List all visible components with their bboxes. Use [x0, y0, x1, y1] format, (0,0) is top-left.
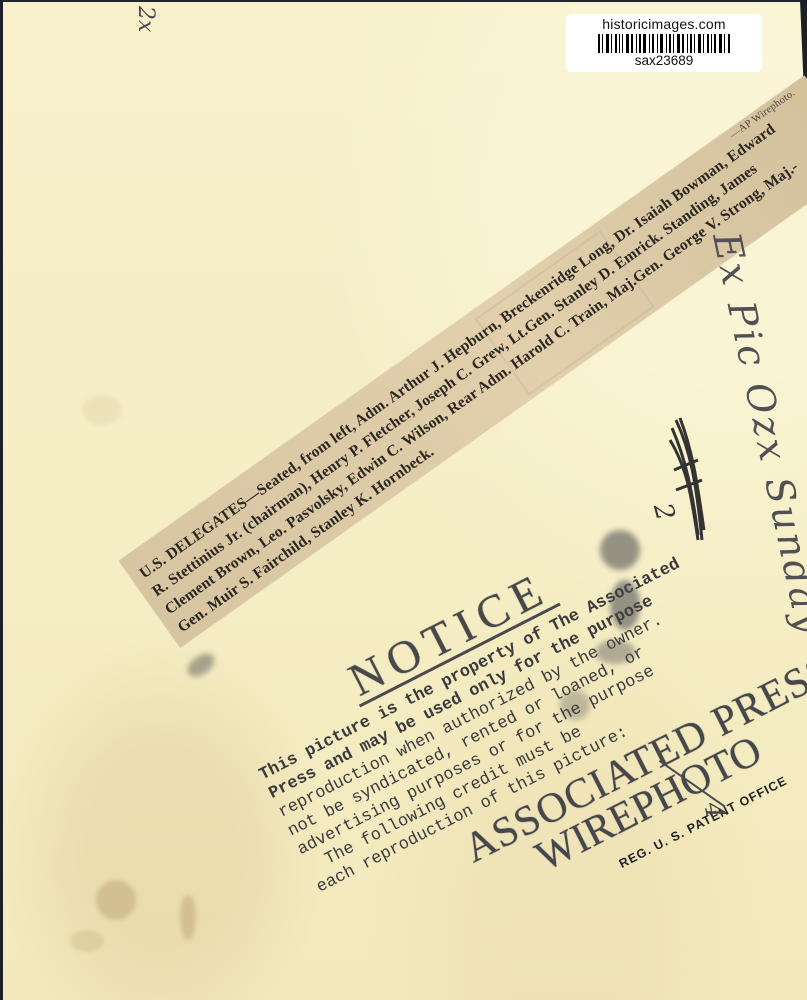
ink-smudge — [560, 690, 590, 720]
barcode-icon — [598, 34, 730, 53]
stain-mark — [70, 930, 104, 952]
scan-edge-left — [0, 0, 3, 1000]
inventory-label: historicimages.com sax23689 — [566, 14, 762, 72]
stain-mark — [82, 395, 122, 425]
handwritten-note: 2x — [133, 6, 158, 32]
scan-edge-top — [0, 0, 807, 2]
ink-smudge — [610, 580, 640, 630]
ink-smudge — [595, 640, 635, 664]
stain-mark — [180, 895, 196, 940]
stain-mark — [96, 880, 136, 920]
label-code: sax23689 — [566, 53, 762, 68]
ink-smudge — [600, 530, 640, 570]
scribble-icon — [668, 410, 708, 550]
label-site: historicimages.com — [566, 16, 762, 32]
